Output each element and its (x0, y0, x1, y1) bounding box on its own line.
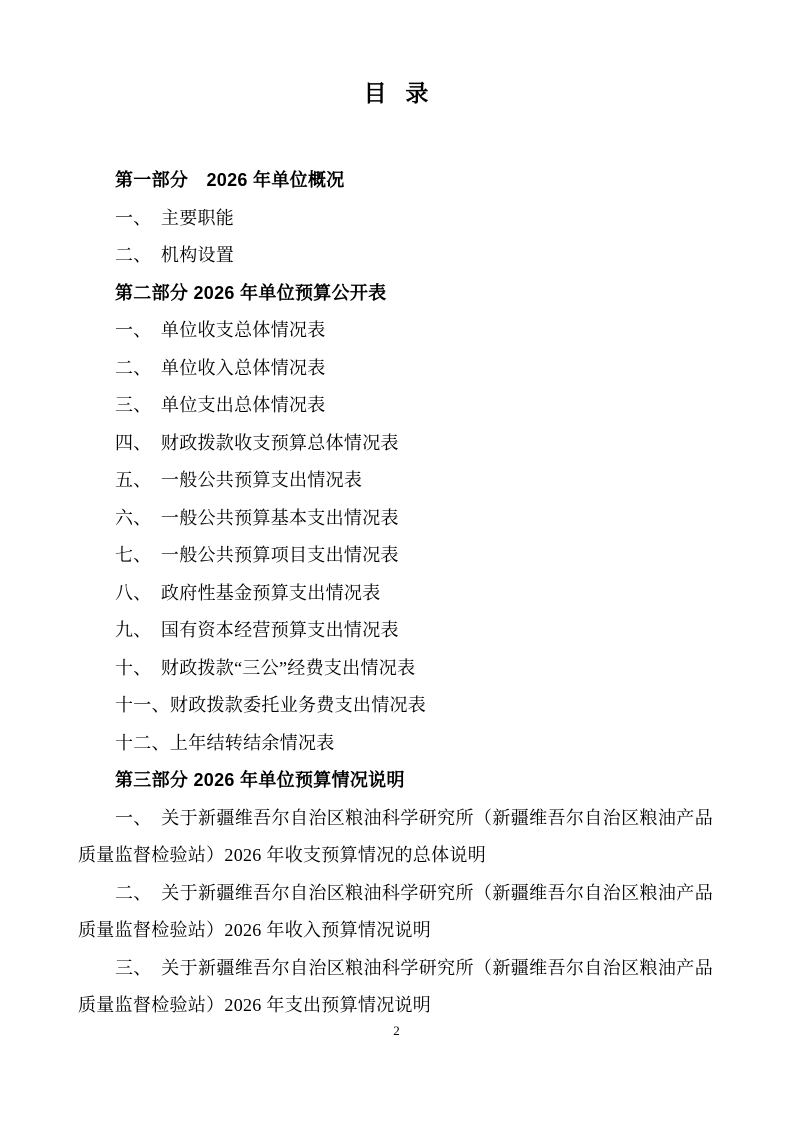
toc-entry: 五、 一般公共预算支出情况表 (78, 462, 713, 500)
toc-entry: 三、 关于新疆维吾尔自治区粮油科学研究所（新疆维吾尔自治区粮油产品质量监督检验站… (78, 950, 713, 1025)
toc-entry: 七、 一般公共预算项目支出情况表 (78, 537, 713, 575)
toc-entry: 六、 一般公共预算基本支出情况表 (78, 500, 713, 538)
toc-entry: 四、 财政拨款收支预算总体情况表 (78, 425, 713, 463)
toc-entry: 八、 政府性基金预算支出情况表 (78, 575, 713, 613)
toc-entry: 十二、上年结转结余情况表 (78, 725, 713, 763)
toc-entry: 二、 关于新疆维吾尔自治区粮油科学研究所（新疆维吾尔自治区粮油产品质量监督检验站… (78, 875, 713, 950)
toc-section-heading: 第二部分 2026 年单位预算公开表 (78, 275, 713, 313)
toc-section-heading: 第一部分 2026 年单位概况 (78, 162, 713, 200)
toc-entry: 十一、财政拨款委托业务费支出情况表 (78, 687, 713, 725)
toc-entry: 二、 单位收入总体情况表 (78, 350, 713, 388)
toc-entry: 九、 国有资本经营预算支出情况表 (78, 612, 713, 650)
toc-entry: 一、 主要职能 (78, 200, 713, 238)
toc-entry: 一、 关于新疆维吾尔自治区粮油科学研究所（新疆维吾尔自治区粮油产品质量监督检验站… (78, 800, 713, 875)
document-page: 目 录 第一部分 2026 年单位概况 一、 主要职能 二、 机构设置 第二部分… (0, 0, 793, 1122)
toc-section-heading: 第三部分 2026 年单位预算情况说明 (78, 762, 713, 800)
toc-entry: 二、 机构设置 (78, 237, 713, 275)
table-of-contents: 第一部分 2026 年单位概况 一、 主要职能 二、 机构设置 第二部分 202… (0, 162, 793, 1025)
page-title: 目 录 (0, 0, 793, 108)
page-number: 2 (0, 1022, 793, 1040)
toc-entry: 十、 财政拨款“三公”经费支出情况表 (78, 650, 713, 688)
toc-entry: 一、 单位收支总体情况表 (78, 312, 713, 350)
toc-entry: 三、 单位支出总体情况表 (78, 387, 713, 425)
